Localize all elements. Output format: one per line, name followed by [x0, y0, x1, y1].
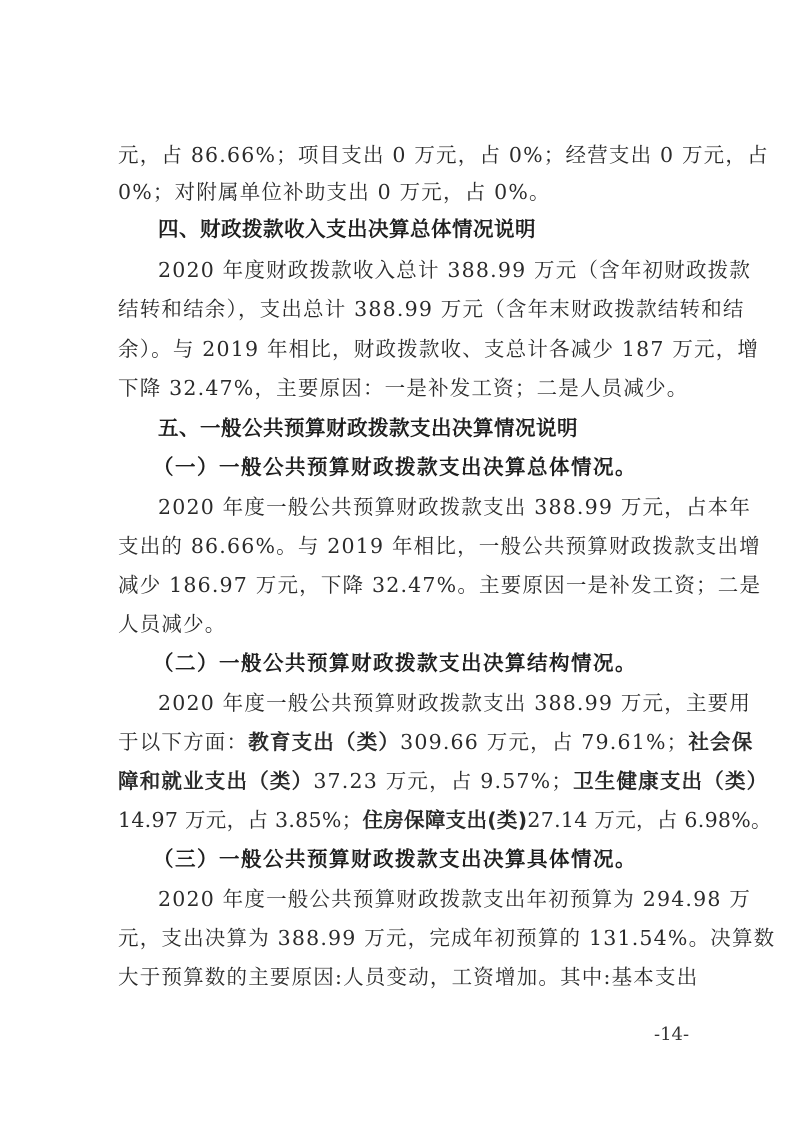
text-line: 于以下方面：教育支出（类）309.66 万元，占 79.61%；社会保	[118, 727, 698, 757]
text-line: 元，占 86.66%；项目支出 0 万元，占 0%；经营支出 0 万元，占	[118, 140, 698, 170]
text-line: 结转和结余），支出总计 388.99 万元（含年末财政拨款结转和结	[118, 294, 698, 324]
text-line: 障和就业支出（类）37.23 万元，占 9.57%；卫生健康支出（类）	[118, 766, 698, 796]
text: 309.66 万元，占 79.61%；	[400, 730, 688, 754]
text-line: 元，支出决算为 388.99 万元，完成年初预算的 131.54%。决算数	[118, 923, 698, 953]
text-line: 2020 年度一般公共预算财政拨款支出 388.99 万元，占本年	[158, 492, 738, 522]
text-line: 下降 32.47%，主要原因：一是补发工资；二是人员减少。	[118, 373, 698, 403]
section-heading-4: 四、财政拨款收入支出决算总体情况说明	[158, 214, 738, 244]
text: 37.23 万元，占 9.57%；	[313, 769, 573, 793]
text-line: 14.97 万元，占 3.85%；住房保障支出(类)27.14 万元，占 6.9…	[118, 805, 698, 835]
category-label: 社会保	[688, 730, 753, 754]
text: 于以下方面：	[118, 730, 248, 754]
category-label: 住房保障支出(类)	[362, 808, 527, 832]
category-label: 障和就业支出（类）	[118, 769, 313, 793]
text-line: 人员减少。	[118, 609, 698, 639]
text: 14.97 万元，占 3.85%；	[118, 808, 362, 832]
subsection-heading-3: （三）一般公共预算财政拨款支出决算具体情况。	[153, 844, 733, 874]
subsection-heading-1: （一）一般公共预算财政拨款支出决算总体情况。	[153, 452, 733, 482]
text: 27.14 万元，占 6.98%。	[527, 808, 771, 832]
text-line: 2020 年度一般公共预算财政拨款支出 388.99 万元，主要用	[158, 688, 738, 718]
section-heading-5: 五、一般公共预算财政拨款支出决算情况说明	[158, 413, 738, 443]
text-line: 大于预算数的主要原因:人员变动，工资增加。其中:基本支出	[118, 962, 698, 992]
text-line: 余）。与 2019 年相比，财政拨款收、支总计各减少 187 万元，增	[118, 334, 698, 364]
text-line: 2020 年度财政拨款收入总计 388.99 万元（含年初财政拨款	[158, 255, 738, 285]
text-line: 减少 186.97 万元，下降 32.47%。主要原因一是补发工资；二是	[118, 570, 698, 600]
category-label: 卫生健康支出（类）	[573, 769, 768, 793]
text-line: 支出的 86.66%。与 2019 年相比，一般公共预算财政拨款支出增	[118, 531, 698, 561]
text-line: 2020 年度一般公共预算财政拨款支出年初预算为 294.98 万	[158, 884, 738, 914]
page-number: -14-	[654, 1024, 689, 1045]
subsection-heading-2: （二）一般公共预算财政拨款支出决算结构情况。	[153, 648, 733, 678]
text-line: 0%；对附属单位补助支出 0 万元，占 0%。	[118, 177, 698, 207]
category-label: 教育支出（类）	[248, 730, 400, 754]
